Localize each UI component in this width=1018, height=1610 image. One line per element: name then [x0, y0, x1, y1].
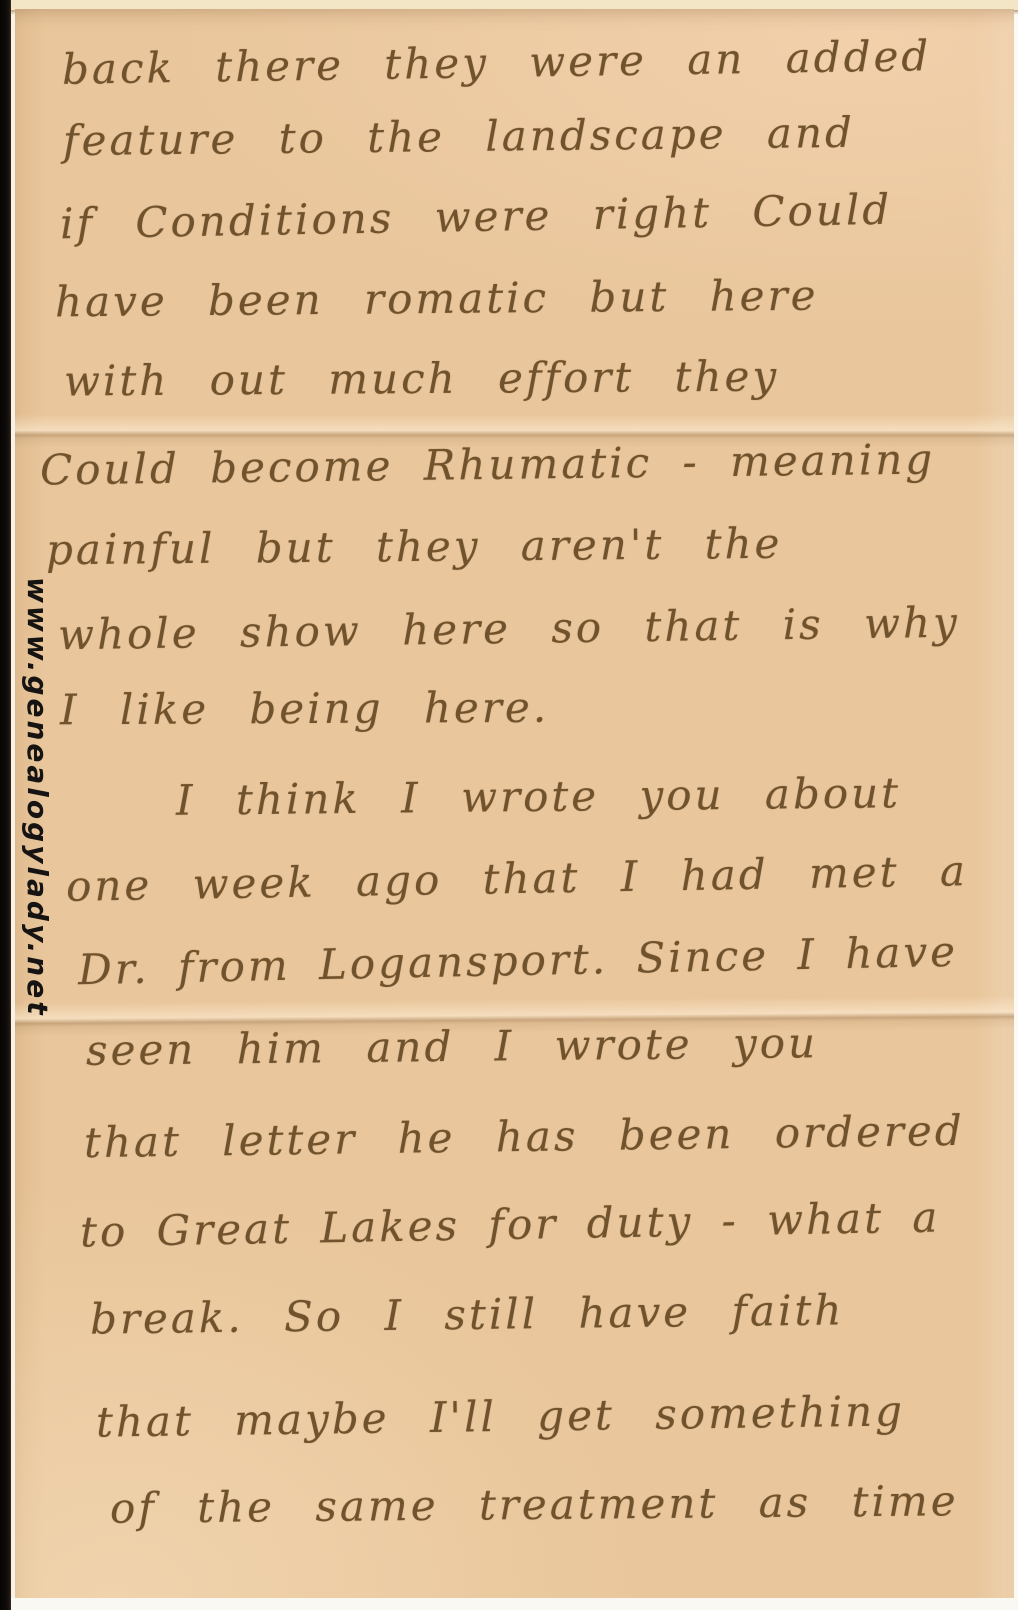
letter-line: of the same treatment as time	[110, 1476, 959, 1532]
letter-line: have been romatic but here	[55, 271, 819, 327]
letter-line: seen him and I wrote you	[86, 1018, 819, 1075]
letter-line: painful but they aren't the	[46, 519, 783, 574]
letter-line: I like being here.	[60, 683, 549, 735]
scan-white-sliver-bottom	[6, 1598, 1018, 1610]
letter-line: feature to the landscape and	[63, 108, 855, 165]
scanned-letter-page: back there they were an added feature to…	[0, 0, 1018, 1610]
watermark: www.genealogylady.net	[21, 577, 54, 1018]
letter-line: I think I wrote you about	[176, 768, 902, 825]
letter-line: with out much effort they	[64, 352, 779, 406]
scan-dark-edge-left	[0, 0, 11, 1610]
letter-line: break. So I still have faith	[90, 1285, 845, 1343]
